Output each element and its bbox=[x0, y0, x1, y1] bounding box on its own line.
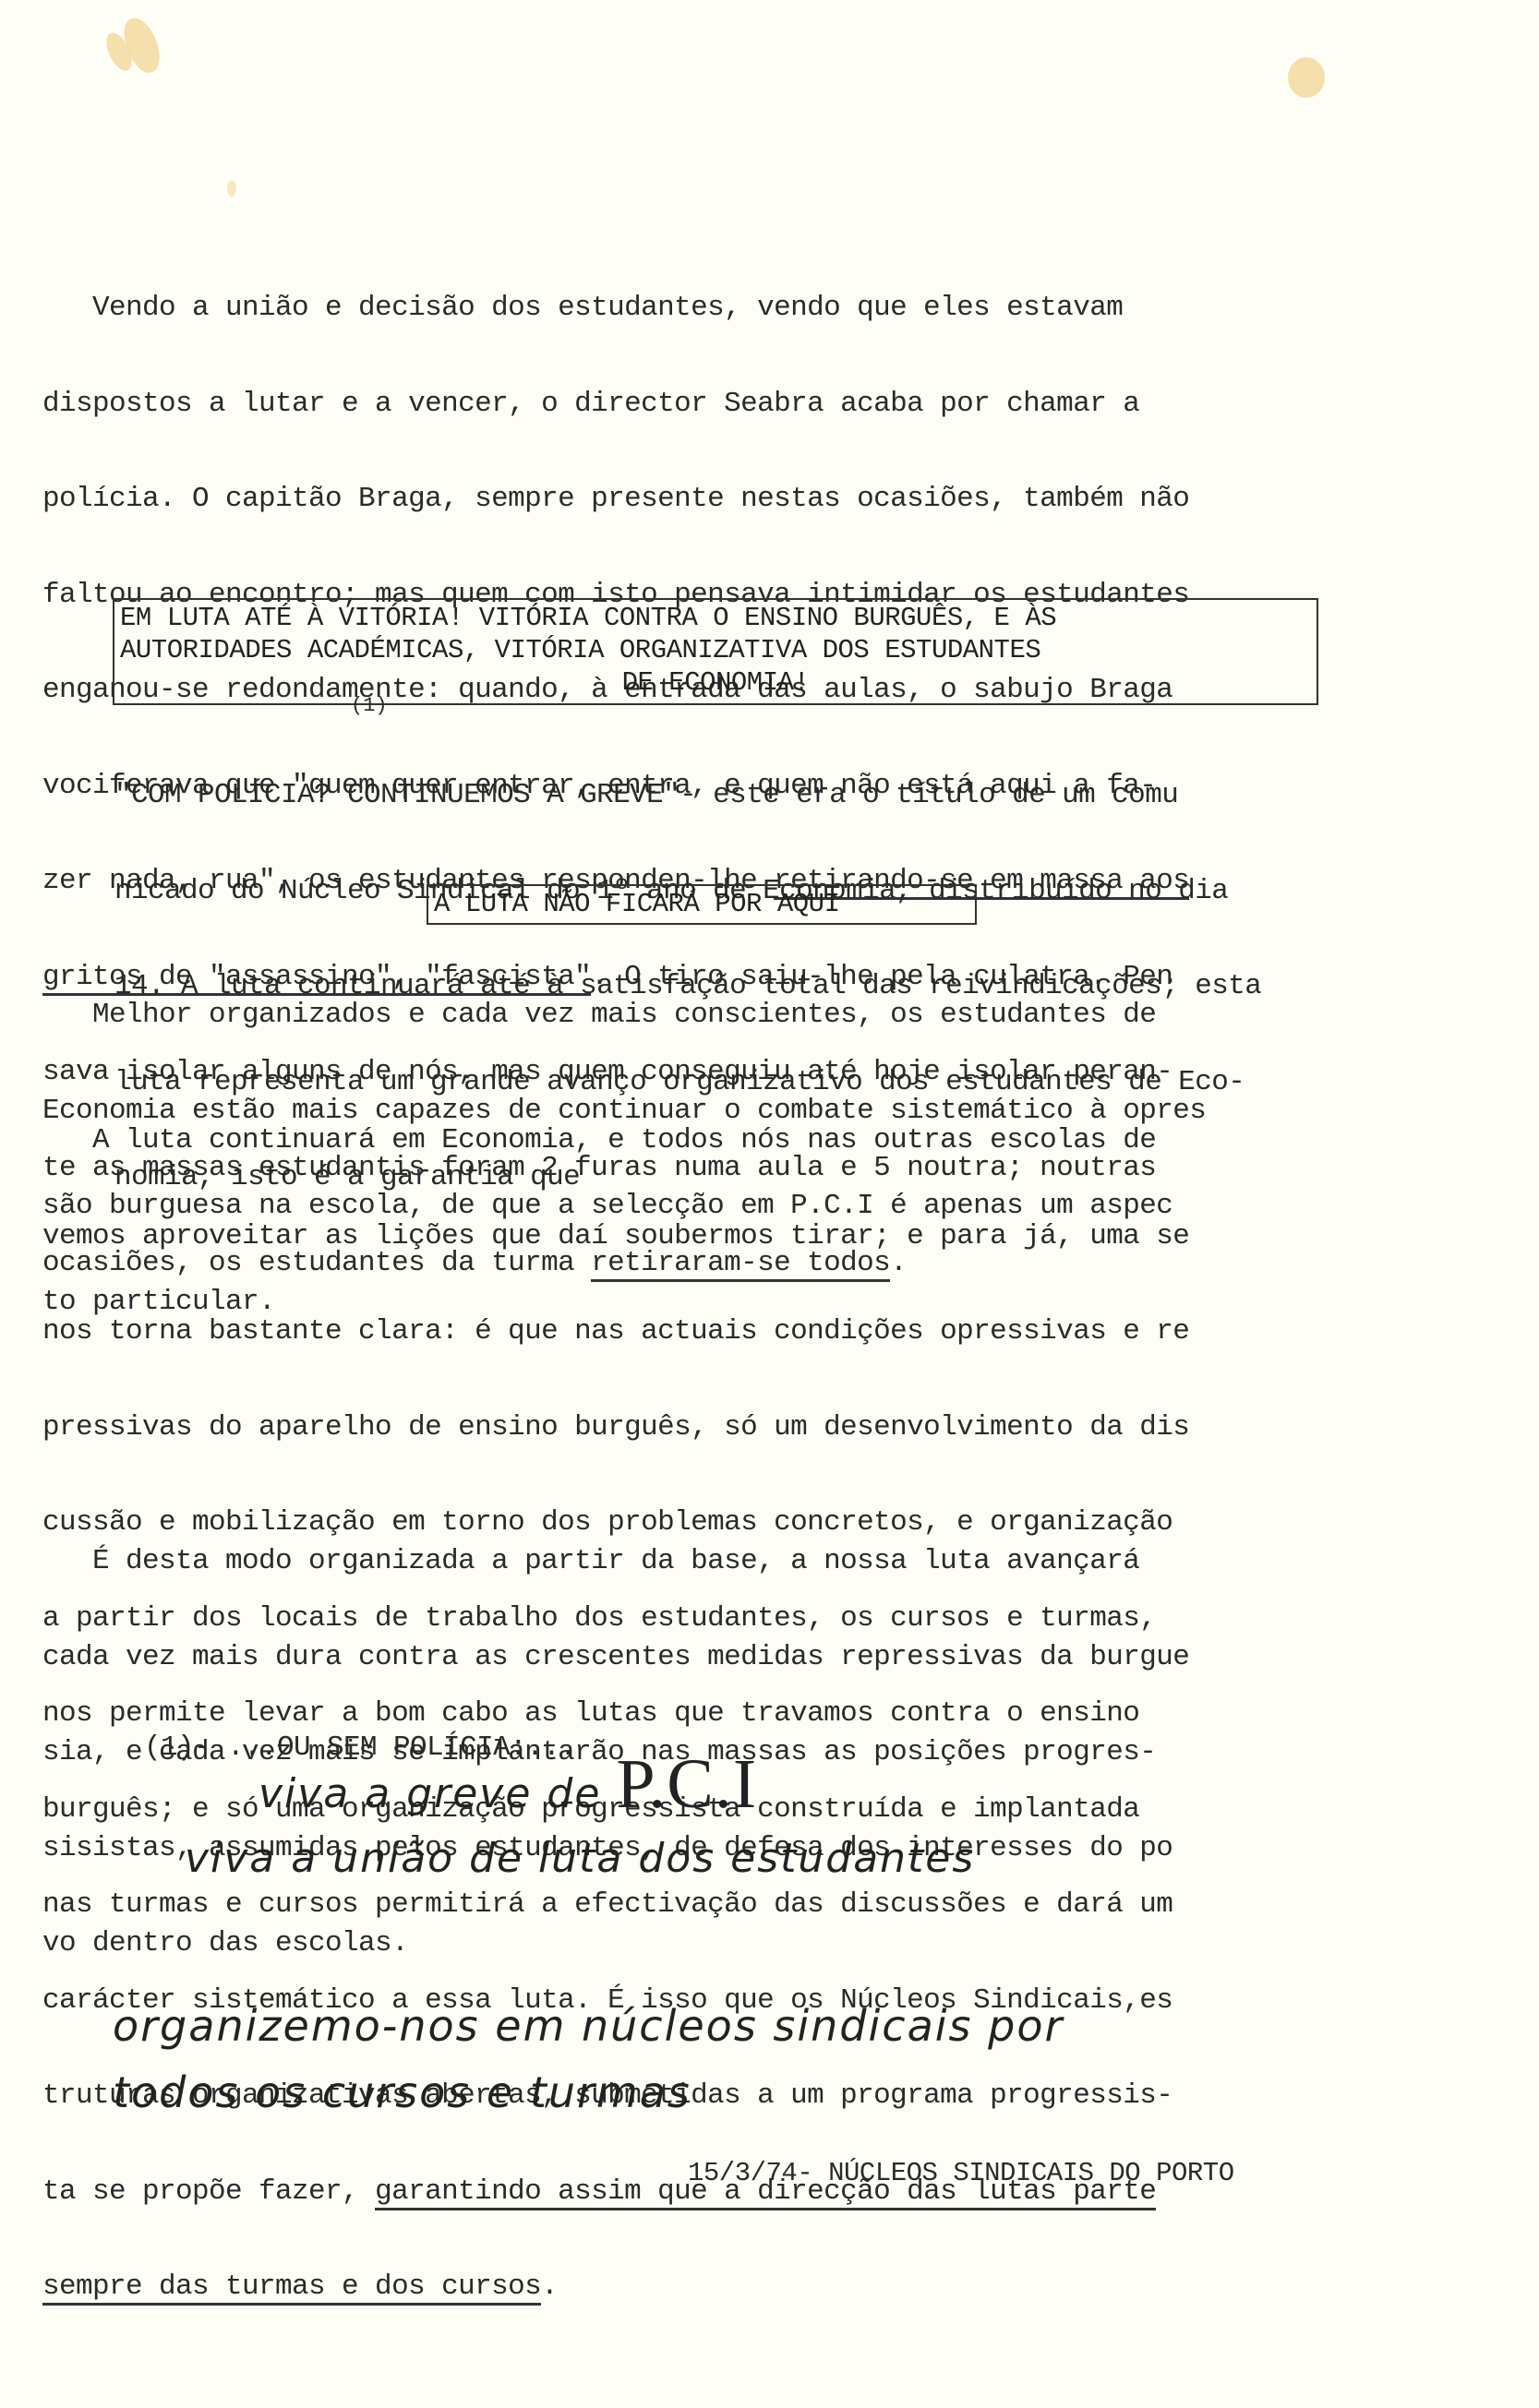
slogan-organize: organizemo-nos em núcleos sindicais por bbox=[113, 2001, 1064, 2051]
text-line: Melhor organizados e cada vez mais consc… bbox=[42, 1000, 1390, 1032]
slogan-pci: P.C.I bbox=[616, 1745, 757, 1823]
banner-line: EM LUTA ATÉ À VITÓRIA! VITÓRIA CONTRA O … bbox=[120, 602, 1311, 634]
underlined-text: sempre das turmas e dos cursos bbox=[42, 2270, 541, 2306]
text-line: Vendo a união e decisão dos estudantes, … bbox=[42, 293, 1390, 325]
banner-line: DE ECONOMIA! bbox=[120, 666, 1311, 699]
paper-stain bbox=[227, 180, 236, 197]
paper-stain bbox=[1288, 57, 1325, 98]
text-line: vo dentro das escolas. bbox=[42, 1928, 1390, 1960]
section-heading-box: A LUTA NÃO FICARÁ POR AQUI bbox=[427, 884, 977, 925]
text-line: pressivas do aparelho de ensino burguês,… bbox=[42, 1412, 1390, 1444]
text-segment: ta se propõe fazer, bbox=[42, 2175, 375, 2208]
text-line: nos torna bastante clara: é que nas actu… bbox=[42, 1316, 1390, 1348]
footnote-marker: (1) bbox=[351, 694, 388, 717]
text-line: polícia. O capitão Braga, sempre present… bbox=[42, 484, 1390, 516]
text-line: vemos aproveitar as lições que daí soube… bbox=[42, 1221, 1390, 1253]
banner-line: AUTORIDADES ACADÉMICAS, VITÓRIA ORGANIZA… bbox=[120, 634, 1311, 666]
slogan-organize-cont: todos os cursos e turmas bbox=[113, 2067, 691, 2117]
slogan-student-union: viva a união de luta dos estudantes bbox=[185, 1835, 975, 1882]
text-line: sempre das turmas e dos cursos. bbox=[42, 2271, 1390, 2304]
text-line: A luta continuará em Economia, e todos n… bbox=[42, 1125, 1390, 1157]
slogan-pci-strike: viva a greve de P.C.I bbox=[259, 1744, 757, 1825]
text-line: É desta modo organizada a partir da base… bbox=[42, 1546, 1390, 1578]
text-line: "COM POLÍCIA? CONTINUEMOS A GREVE"- este… bbox=[114, 780, 1398, 812]
date-signature: 15/3/74- NÚCLEOS SINDICAIS DO PORTO bbox=[688, 2158, 1234, 2188]
banner-box: EM LUTA ATÉ À VITÓRIA! VITÓRIA CONTRA O … bbox=[113, 598, 1318, 705]
text-line: dispostos a lutar e a vencer, o director… bbox=[42, 389, 1390, 421]
slogan-text: viva a greve de bbox=[259, 1770, 616, 1817]
text-segment: . bbox=[541, 2270, 558, 2303]
